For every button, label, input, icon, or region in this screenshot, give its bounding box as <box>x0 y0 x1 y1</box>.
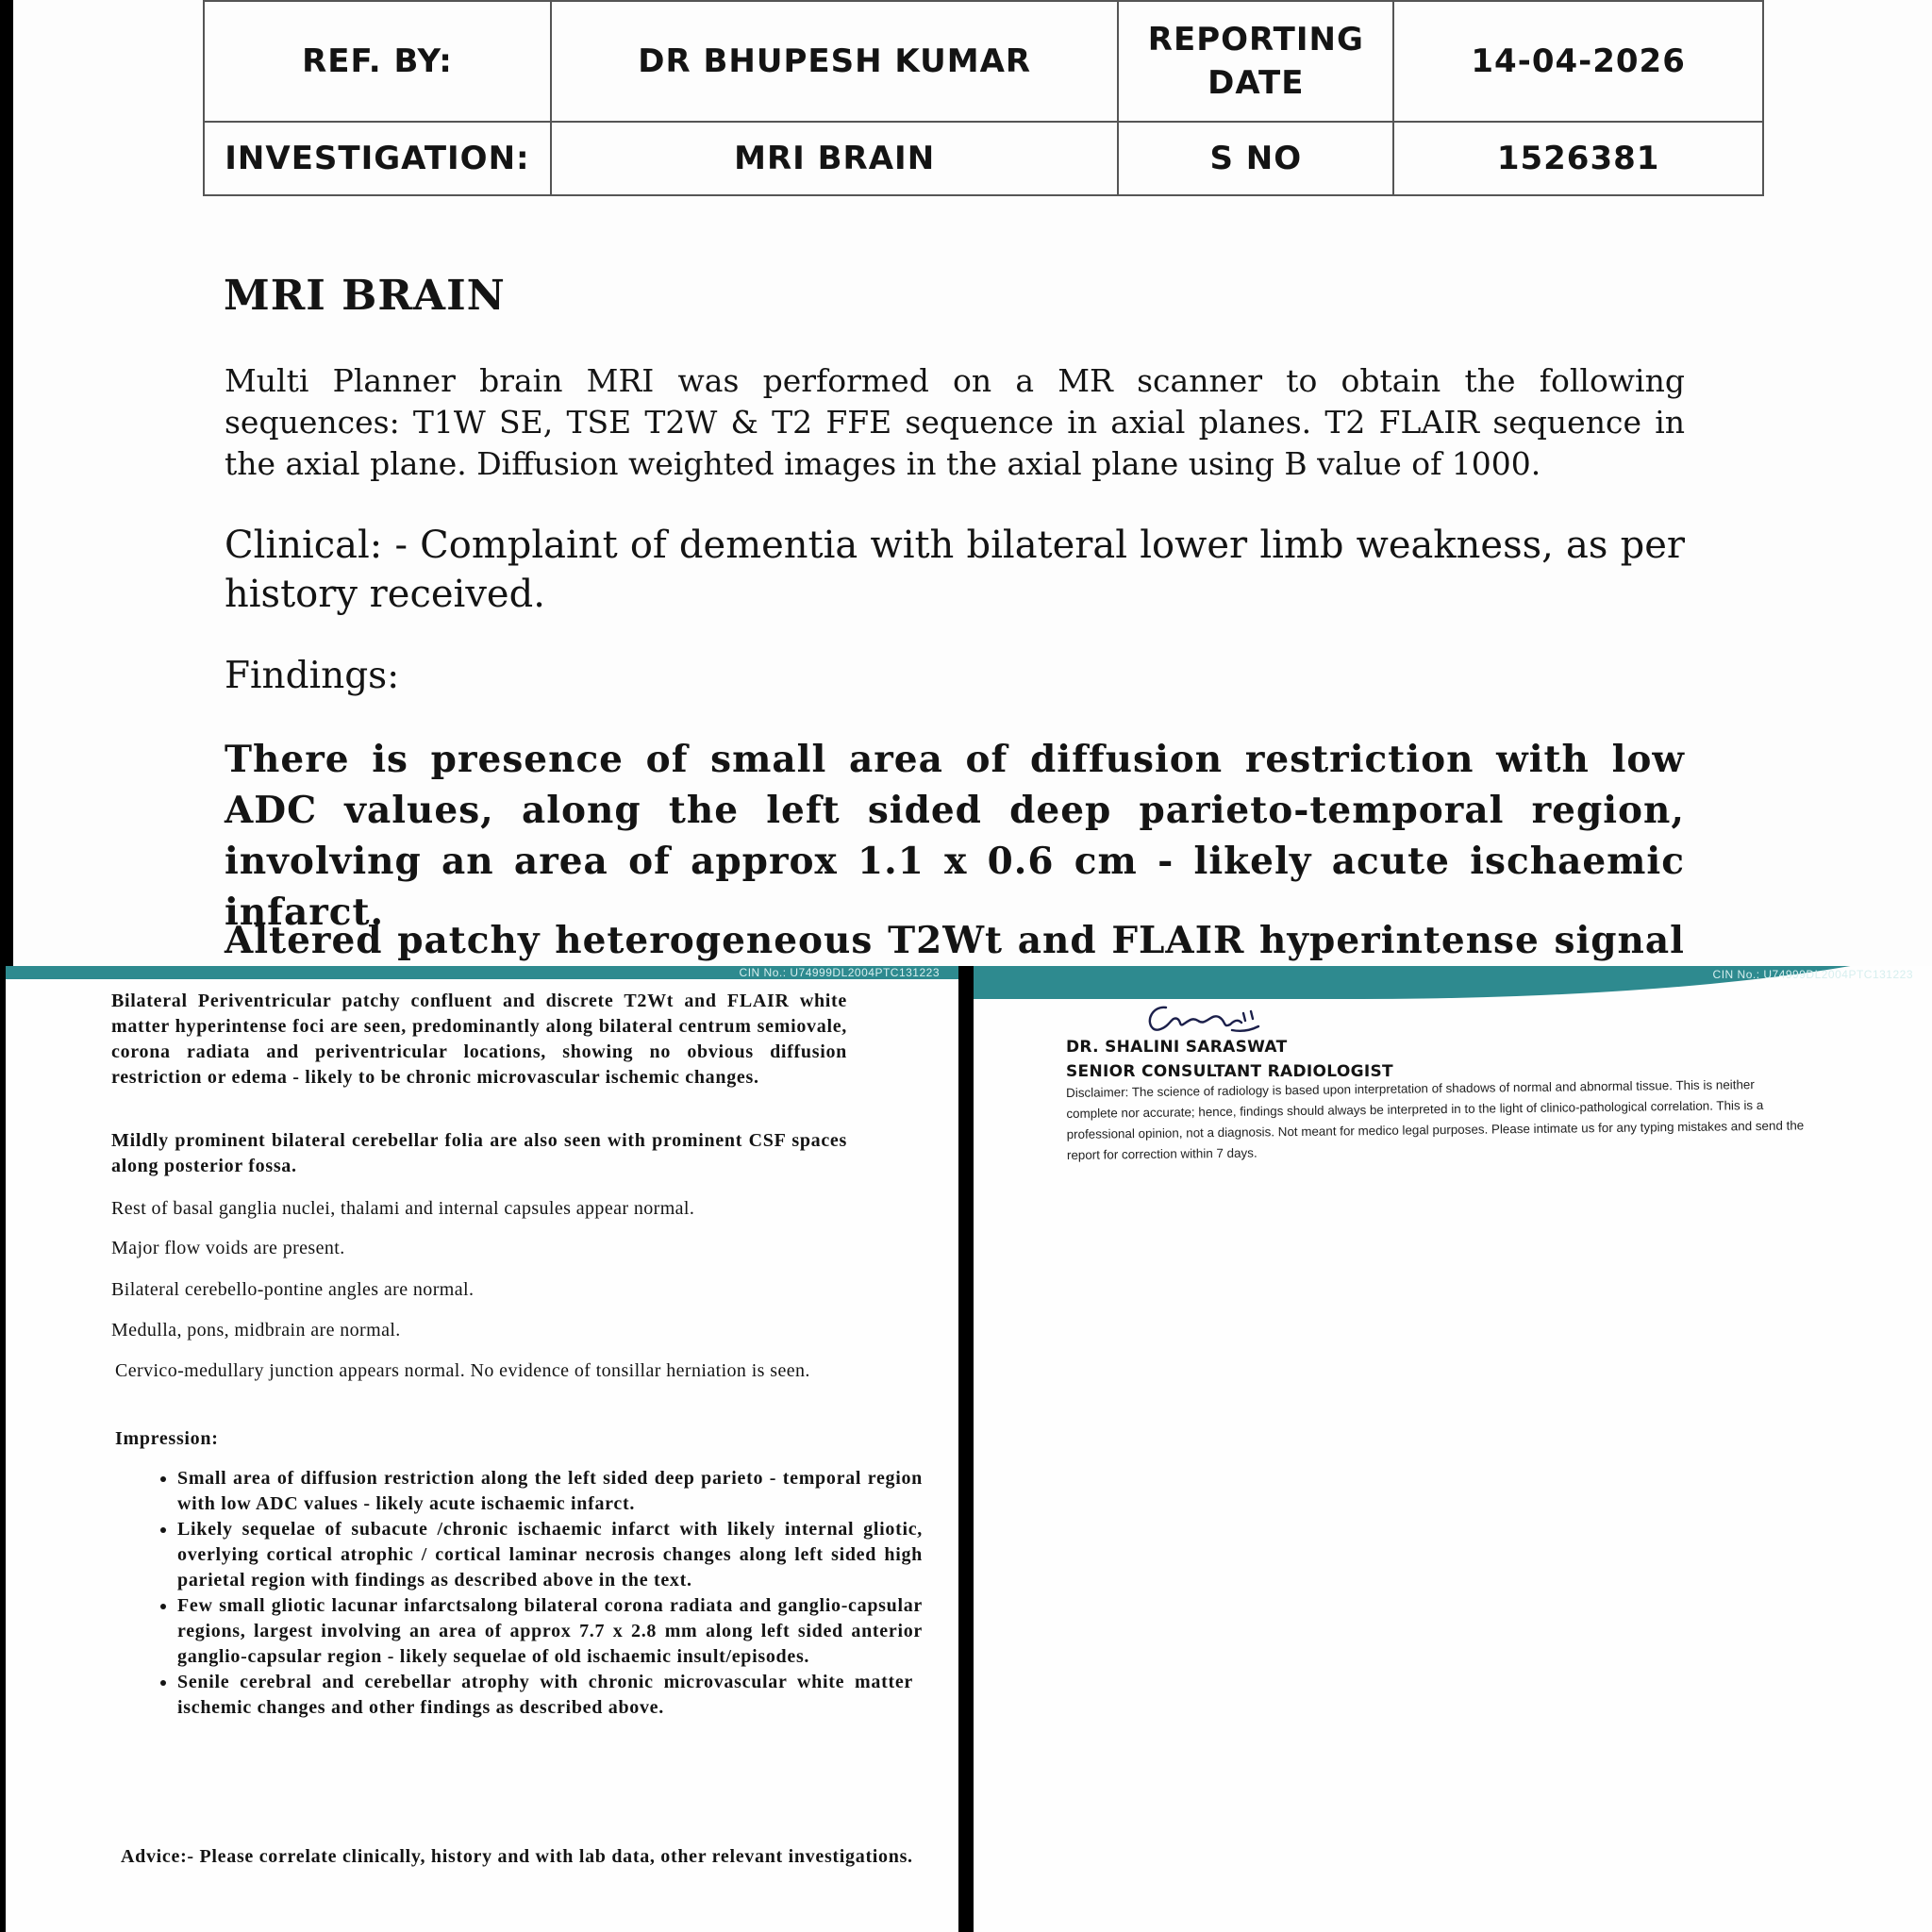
investigation-value: MRI BRAIN <box>551 122 1118 195</box>
disclaimer-text: Disclaimer: The science of radiology is … <box>1066 1074 1805 1166</box>
method-paragraph: Multi Planner brain MRI was performed on… <box>225 360 1685 485</box>
advice-paragraph: Advice:- Please correlate clinically, hi… <box>121 1843 923 1871</box>
report-page-right: CIN No.: U74999DL2004PTC131223 DR. SHALI… <box>974 966 1932 1932</box>
clinical-paragraph: Clinical: - Complaint of dementia with b… <box>225 521 1685 619</box>
doctor-title: SENIOR CONSULTANT RADIOLOGIST <box>1066 1062 1393 1081</box>
finding-paragraph: Bilateral cerebello-pontine angles are n… <box>111 1277 847 1303</box>
finding-paragraph: Cervico-medullary junction appears norma… <box>115 1358 851 1384</box>
impression-item: Senile cerebral and cerebellar atrophy w… <box>177 1670 913 1721</box>
findings-heading: Findings: <box>225 655 1685 697</box>
finding-paragraph: Major flow voids are present. <box>111 1236 847 1261</box>
finding-paragraph: Rest of basal ganglia nuclei, thalami an… <box>111 1196 847 1222</box>
reporting-date-label: REPORTING DATE <box>1118 1 1393 122</box>
finding-paragraph-partial: Altered patchy heterogeneous T2Wt and FL… <box>225 915 1685 966</box>
investigation-label: INVESTIGATION: <box>204 122 551 195</box>
ref-by-value: DR BHUPESH KUMAR <box>551 1 1118 122</box>
signature-icon <box>1140 1000 1272 1038</box>
impression-item: Likely sequelae of subacute /chronic isc… <box>177 1517 923 1593</box>
finding-paragraph: Bilateral Periventricular patchy conflue… <box>111 989 847 1091</box>
ref-by-label: REF. BY: <box>204 1 551 122</box>
impression-item: Few small gliotic lacunar infarctsalong … <box>177 1593 923 1670</box>
finding-paragraph: Medulla, pons, midbrain are normal. <box>111 1318 847 1343</box>
sno-label: S NO <box>1118 122 1393 195</box>
reporting-date-value: 14-04-2026 <box>1393 1 1763 122</box>
cin-number: CIN No.: U74999DL2004PTC131223 <box>740 966 940 979</box>
table-row: REF. BY: DR BHUPESH KUMAR REPORTING DATE… <box>204 1 1763 122</box>
report-page-left: CIN No.: U74999DL2004PTC131223 Bilateral… <box>6 966 958 1932</box>
finding-paragraph: Mildly prominent bilateral cerebellar fo… <box>111 1128 847 1179</box>
cin-number: CIN No.: U74999DL2004PTC131223 <box>1713 968 1913 981</box>
finding-paragraph: There is presence of small area of diffu… <box>225 734 1685 938</box>
report-page-top: REF. BY: DR BHUPESH KUMAR REPORTING DATE… <box>0 0 1932 966</box>
report-title: MRI BRAIN <box>224 272 506 320</box>
page-edge <box>0 0 13 966</box>
impression-heading: Impression: <box>115 1426 851 1452</box>
patient-info-table: REF. BY: DR BHUPESH KUMAR REPORTING DATE… <box>203 0 1764 196</box>
sno-value: 1526381 <box>1393 122 1763 195</box>
doctor-name: DR. SHALINI SARASWAT <box>1066 1038 1287 1057</box>
table-row: INVESTIGATION: MRI BRAIN S NO 1526381 <box>204 122 1763 195</box>
impression-item: Small area of diffusion restriction alon… <box>177 1466 923 1517</box>
impression-list: Small area of diffusion restriction alon… <box>111 1466 923 1721</box>
